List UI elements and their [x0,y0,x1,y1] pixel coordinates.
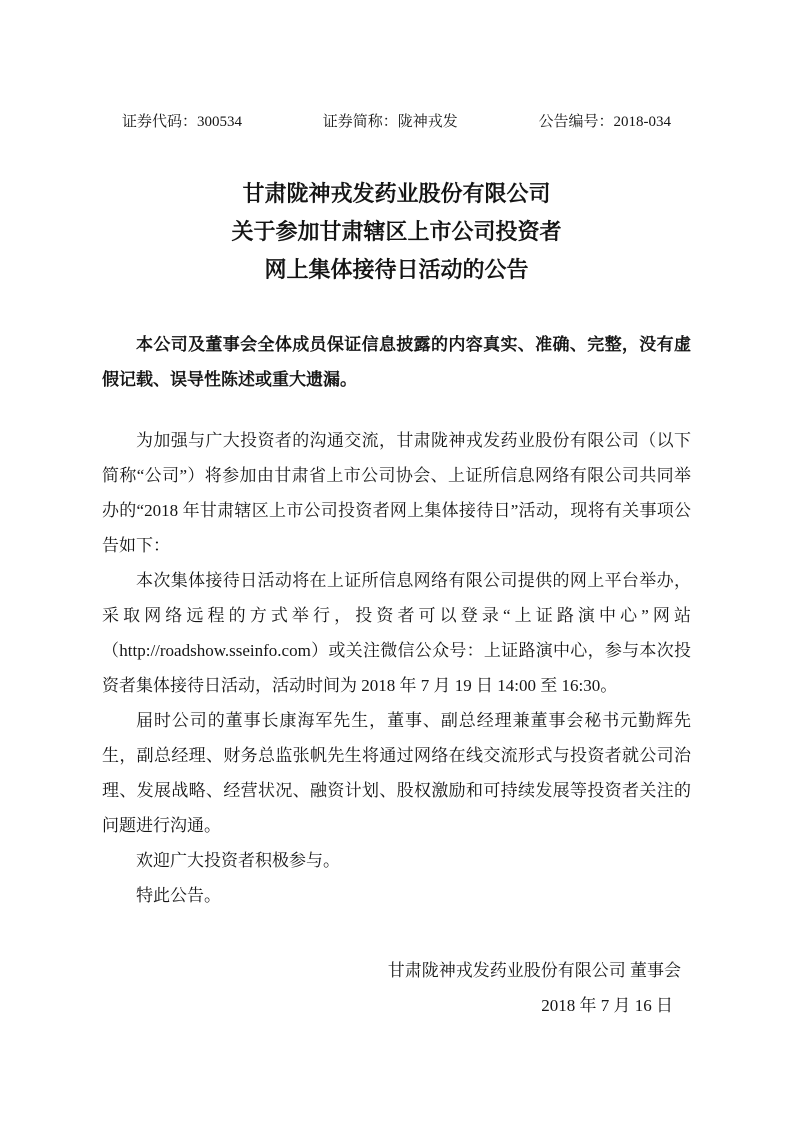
stock-name: 证券简称：陇神戎发 [323,110,458,131]
paragraph-participants: 届时公司的董事长康海军先生，董事、副总经理兼董事会秘书元勤辉先生，副总经理、财务… [102,703,691,843]
announcement-page: 证券代码：300534 证券简称：陇神戎发 公告编号：2018-034 甘肃陇神… [0,0,793,1122]
paragraph-event-details: 本次集体接待日活动将在上证所信息网络有限公司提供的网上平台举办，采取网络远程的方… [102,563,691,703]
paragraph-intro: 为加强与广大投资者的沟通交流，甘肃陇神戎发药业股份有限公司（以下简称“公司”）将… [102,423,691,563]
document-header: 证券代码：300534 证券简称：陇神戎发 公告编号：2018-034 [102,110,691,131]
title-line-subject: 关于参加甘肃辖区上市公司投资者 [102,213,691,251]
announcement-number: 公告编号：2018-034 [539,110,672,131]
closing-welcome: 欢迎广大投资者积极参与。 [102,843,691,878]
signature-company: 甘肃陇神戎发药业股份有限公司 董事会 [102,953,691,988]
signature-date: 2018 年 7 月 16 日 [102,988,691,1023]
page-content: 证券代码：300534 证券简称：陇神戎发 公告编号：2018-034 甘肃陇神… [0,110,793,1023]
closing-notice: 特此公告。 [102,878,691,913]
title-line-event: 网上集体接待日活动的公告 [102,251,691,289]
disclosure-statement: 本公司及董事会全体成员保证信息披露的内容真实、准确、完整，没有虚假记载、误导性陈… [102,327,691,397]
document-title: 甘肃陇神戎发药业股份有限公司 关于参加甘肃辖区上市公司投资者 网上集体接待日活动… [102,175,691,289]
stock-code: 证券代码：300534 [122,110,242,131]
title-line-company: 甘肃陇神戎发药业股份有限公司 [102,175,691,213]
